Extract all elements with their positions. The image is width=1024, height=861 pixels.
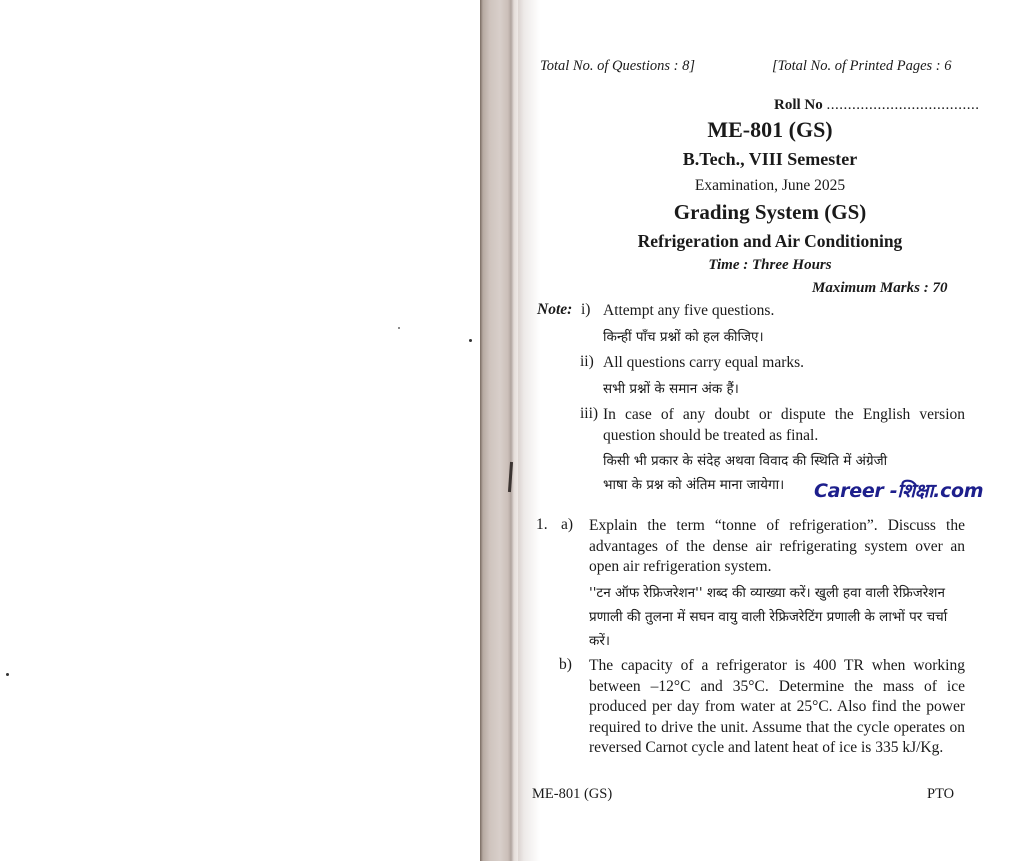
note-item: All questions carry equal marks. सभी प्र… (603, 353, 973, 401)
paper-code: ME-801 (GS) (520, 117, 1020, 143)
total-pages: [Total No. of Printed Pages : 6 (772, 58, 952, 75)
subject-title: Refrigeration and Air Conditioning (520, 231, 1020, 252)
question-english: Explain the term “tonne of refrigeration… (589, 517, 965, 575)
grading-system: Grading System (GS) (520, 200, 1020, 225)
watermark-logo: Career -शिक्षा.com (814, 477, 983, 503)
note-english: All questions carry equal marks. (603, 354, 804, 371)
question-hindi: ''टन ऑफ रेफ्रिजरेशन'' शब्द की व्याख्या क… (589, 581, 965, 653)
note-label: Note: (537, 301, 572, 319)
note-english: Attempt any five questions. (603, 302, 774, 319)
roll-label: Roll No (774, 97, 823, 113)
course-semester: B.Tech., VIII Semester (520, 149, 1020, 170)
examination-date: Examination, June 2025 (520, 177, 1020, 195)
note-number: ii) (580, 353, 594, 371)
note-item: Attempt any five questions. किन्हीं पाँच… (603, 301, 973, 349)
question-1b: The capacity of a refrigerator is 400 TR… (589, 656, 965, 759)
question-english: The capacity of a refrigerator is 400 TR… (589, 657, 965, 756)
footer-pto: PTO (927, 786, 954, 803)
question-part-label: b) (559, 656, 572, 674)
note-hindi: सभी प्रश्नों के समान अंक हैं। (603, 377, 973, 401)
note-english: In case of any doubt or dispute the Engl… (603, 406, 965, 444)
question-part-label: a) (561, 516, 573, 534)
question-paper-page: Total No. of Questions : 8] [Total No. o… (0, 0, 1024, 861)
footer-paper-code: ME-801 (GS) (532, 786, 612, 803)
roll-dots: .................................... (827, 97, 980, 113)
roll-number-field: Roll No ................................… (774, 97, 980, 114)
note-hindi: किन्हीं पाँच प्रश्नों को हल कीजिए। (603, 325, 973, 349)
maximum-marks: Maximum Marks : 70 (812, 280, 947, 297)
question-1a: Explain the term “tonne of refrigeration… (589, 516, 965, 653)
note-number: i) (581, 301, 590, 319)
note-number: iii) (580, 405, 598, 423)
time-allowed: Time : Three Hours (520, 257, 1020, 274)
question-number: 1. (536, 516, 548, 534)
total-questions: Total No. of Questions : 8] (540, 58, 695, 75)
